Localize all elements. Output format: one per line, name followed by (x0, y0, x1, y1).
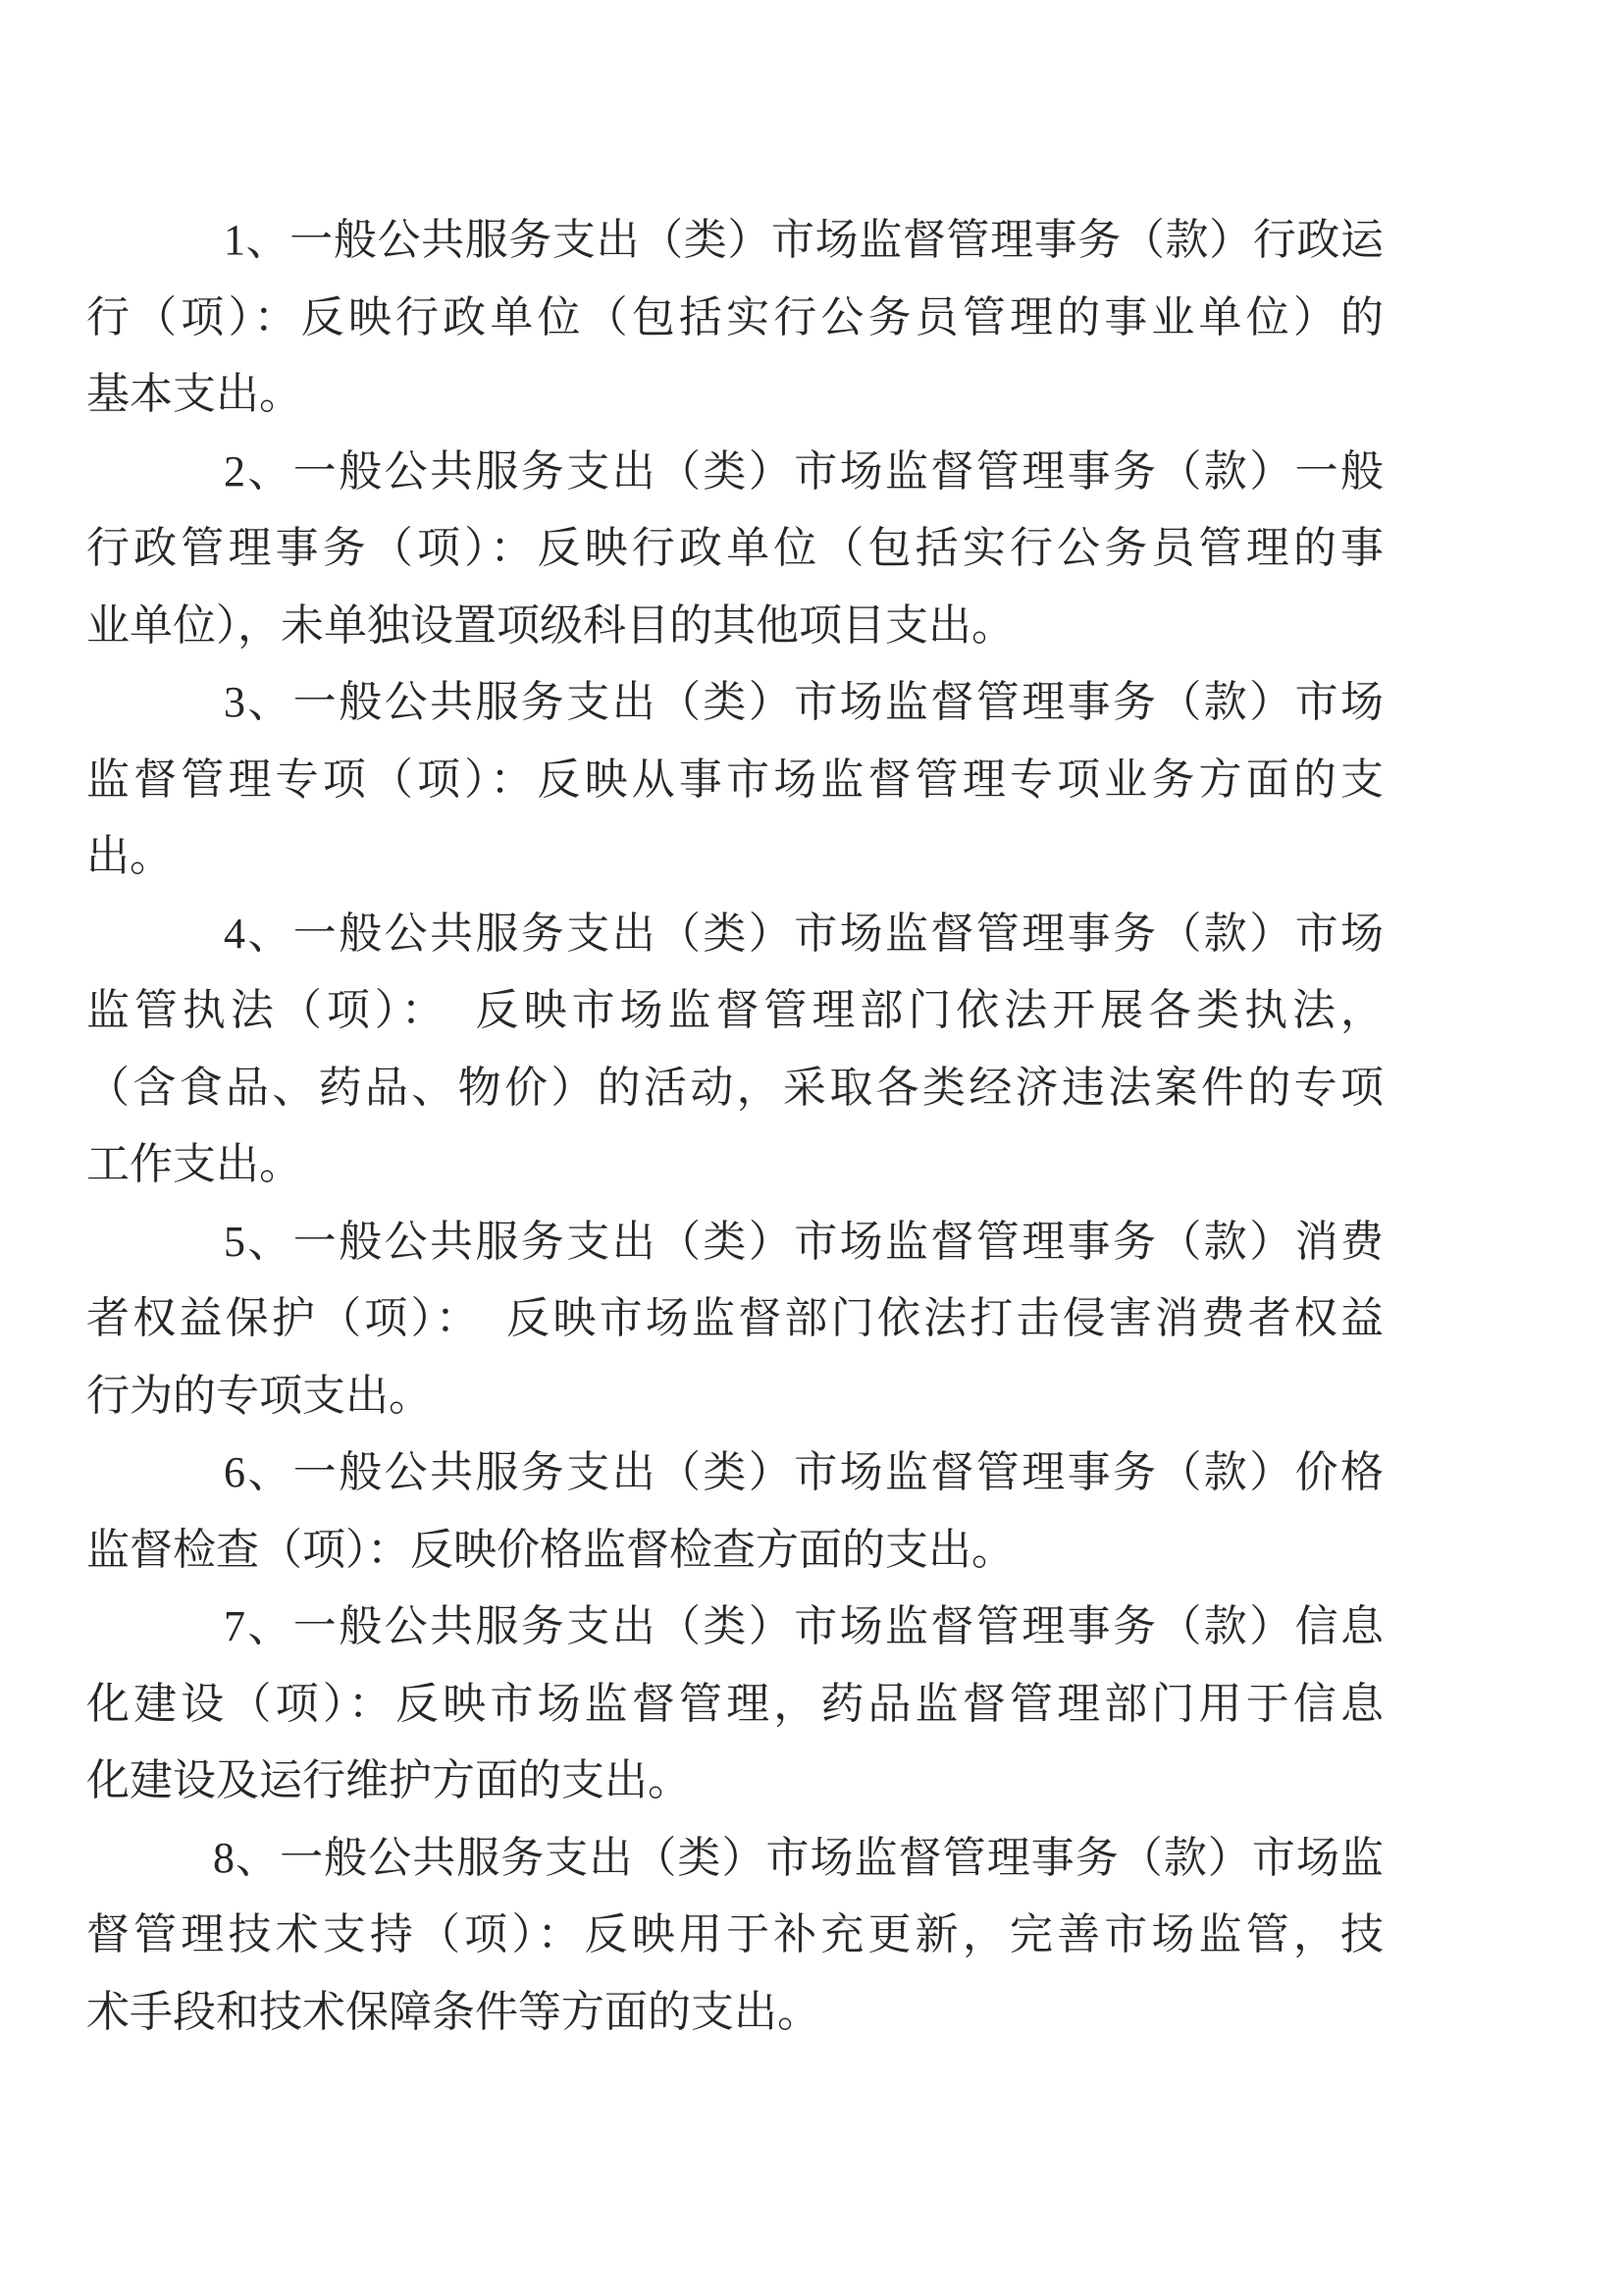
paragraph-5-line-2: 者权益保护（项）： 反映市场监督部门依法打击侵害消费者权益 (86, 1280, 1384, 1358)
paragraph-2: 2、一般公共服务支出（类）市场监督管理事务（款）一般 行政管理事务（项）：反映行… (86, 434, 1384, 665)
paragraph-2-line-1: 2、一般公共服务支出（类）市场监督管理事务（款）一般 (86, 434, 1384, 511)
paragraph-4: 4、一般公共服务支出（类）市场监督管理事务（款）市场 监管执法（项）： 反映市场… (86, 896, 1384, 1204)
paragraph-2-line-2: 行政管理事务（项）：反映行政单位（包括实行公务员管理的事 (86, 510, 1384, 588)
document-page: 1、一般公共服务支出（类）市场监督管理事务（款）行政运 行（项）：反映行政单位（… (0, 0, 1624, 2295)
paragraph-8: 8、一般公共服务支出（类）市场监督管理事务（款）市场监 督管理技术支持（项）：反… (86, 1820, 1384, 2052)
paragraph-3-line-3: 出。 (86, 818, 1384, 896)
paragraph-7-line-1: 7、一般公共服务支出（类）市场监督管理事务（款）信息 (86, 1589, 1384, 1666)
paragraph-7-line-2: 化建设（项）：反映市场监督管理，药品监督管理部门用于信息 (86, 1666, 1384, 1744)
paragraph-4-line-4: 工作支出。 (86, 1126, 1384, 1204)
paragraph-8-line-3: 术手段和技术保障条件等方面的支出。 (86, 1974, 1384, 2052)
paragraph-4-line-2: 监管执法（项）： 反映市场监督管理部门依法开展各类执法， (86, 972, 1384, 1050)
paragraph-3-line-1: 3、一般公共服务支出（类）市场监督管理事务（款）市场 (86, 664, 1384, 742)
paragraph-1-line-1: 1、一般公共服务支出（类）市场监督管理事务（款）行政运 (86, 202, 1384, 280)
document-text-block: 1、一般公共服务支出（类）市场监督管理事务（款）行政运 行（项）：反映行政单位（… (86, 202, 1384, 2051)
paragraph-5-line-3: 行为的专项支出。 (86, 1358, 1384, 1435)
paragraph-1-line-2: 行（项）：反映行政单位（包括实行公务员管理的事业单位）的 (86, 280, 1384, 357)
paragraph-6-line-1: 6、一般公共服务支出（类）市场监督管理事务（款）价格 (86, 1434, 1384, 1512)
paragraph-3-line-2: 监督管理专项（项）：反映从事市场监督管理专项业务方面的支 (86, 742, 1384, 819)
paragraph-5: 5、一般公共服务支出（类）市场监督管理事务（款）消费 者权益保护（项）： 反映市… (86, 1204, 1384, 1435)
paragraph-6: 6、一般公共服务支出（类）市场监督管理事务（款）价格 监督检查（项）：反映价格监… (86, 1434, 1384, 1589)
paragraph-2-line-3: 业单位），未单独设置项级科目的其他项目支出。 (86, 588, 1384, 665)
paragraph-7-line-3: 化建设及运行维护方面的支出。 (86, 1743, 1384, 1820)
paragraph-6-line-2: 监督检查（项）：反映价格监督检查方面的支出。 (86, 1512, 1384, 1590)
paragraph-5-line-1: 5、一般公共服务支出（类）市场监督管理事务（款）消费 (86, 1204, 1384, 1281)
paragraph-4-line-1: 4、一般公共服务支出（类）市场监督管理事务（款）市场 (86, 896, 1384, 973)
paragraph-1-line-3: 基本支出。 (86, 356, 1384, 434)
paragraph-1: 1、一般公共服务支出（类）市场监督管理事务（款）行政运 行（项）：反映行政单位（… (86, 202, 1384, 434)
paragraph-7: 7、一般公共服务支出（类）市场监督管理事务（款）信息 化建设（项）：反映市场监督… (86, 1589, 1384, 1820)
paragraph-3: 3、一般公共服务支出（类）市场监督管理事务（款）市场 监督管理专项（项）：反映从… (86, 664, 1384, 896)
paragraph-4-line-3: （含食品、药品、物价）的活动，采取各类经济违法案件的专项 (86, 1050, 1384, 1127)
paragraph-8-line-2: 督管理技术支持（项）：反映用于补充更新，完善市场监管，技 (86, 1897, 1384, 1974)
paragraph-8-line-1: 8、一般公共服务支出（类）市场监督管理事务（款）市场监 (86, 1820, 1384, 1898)
